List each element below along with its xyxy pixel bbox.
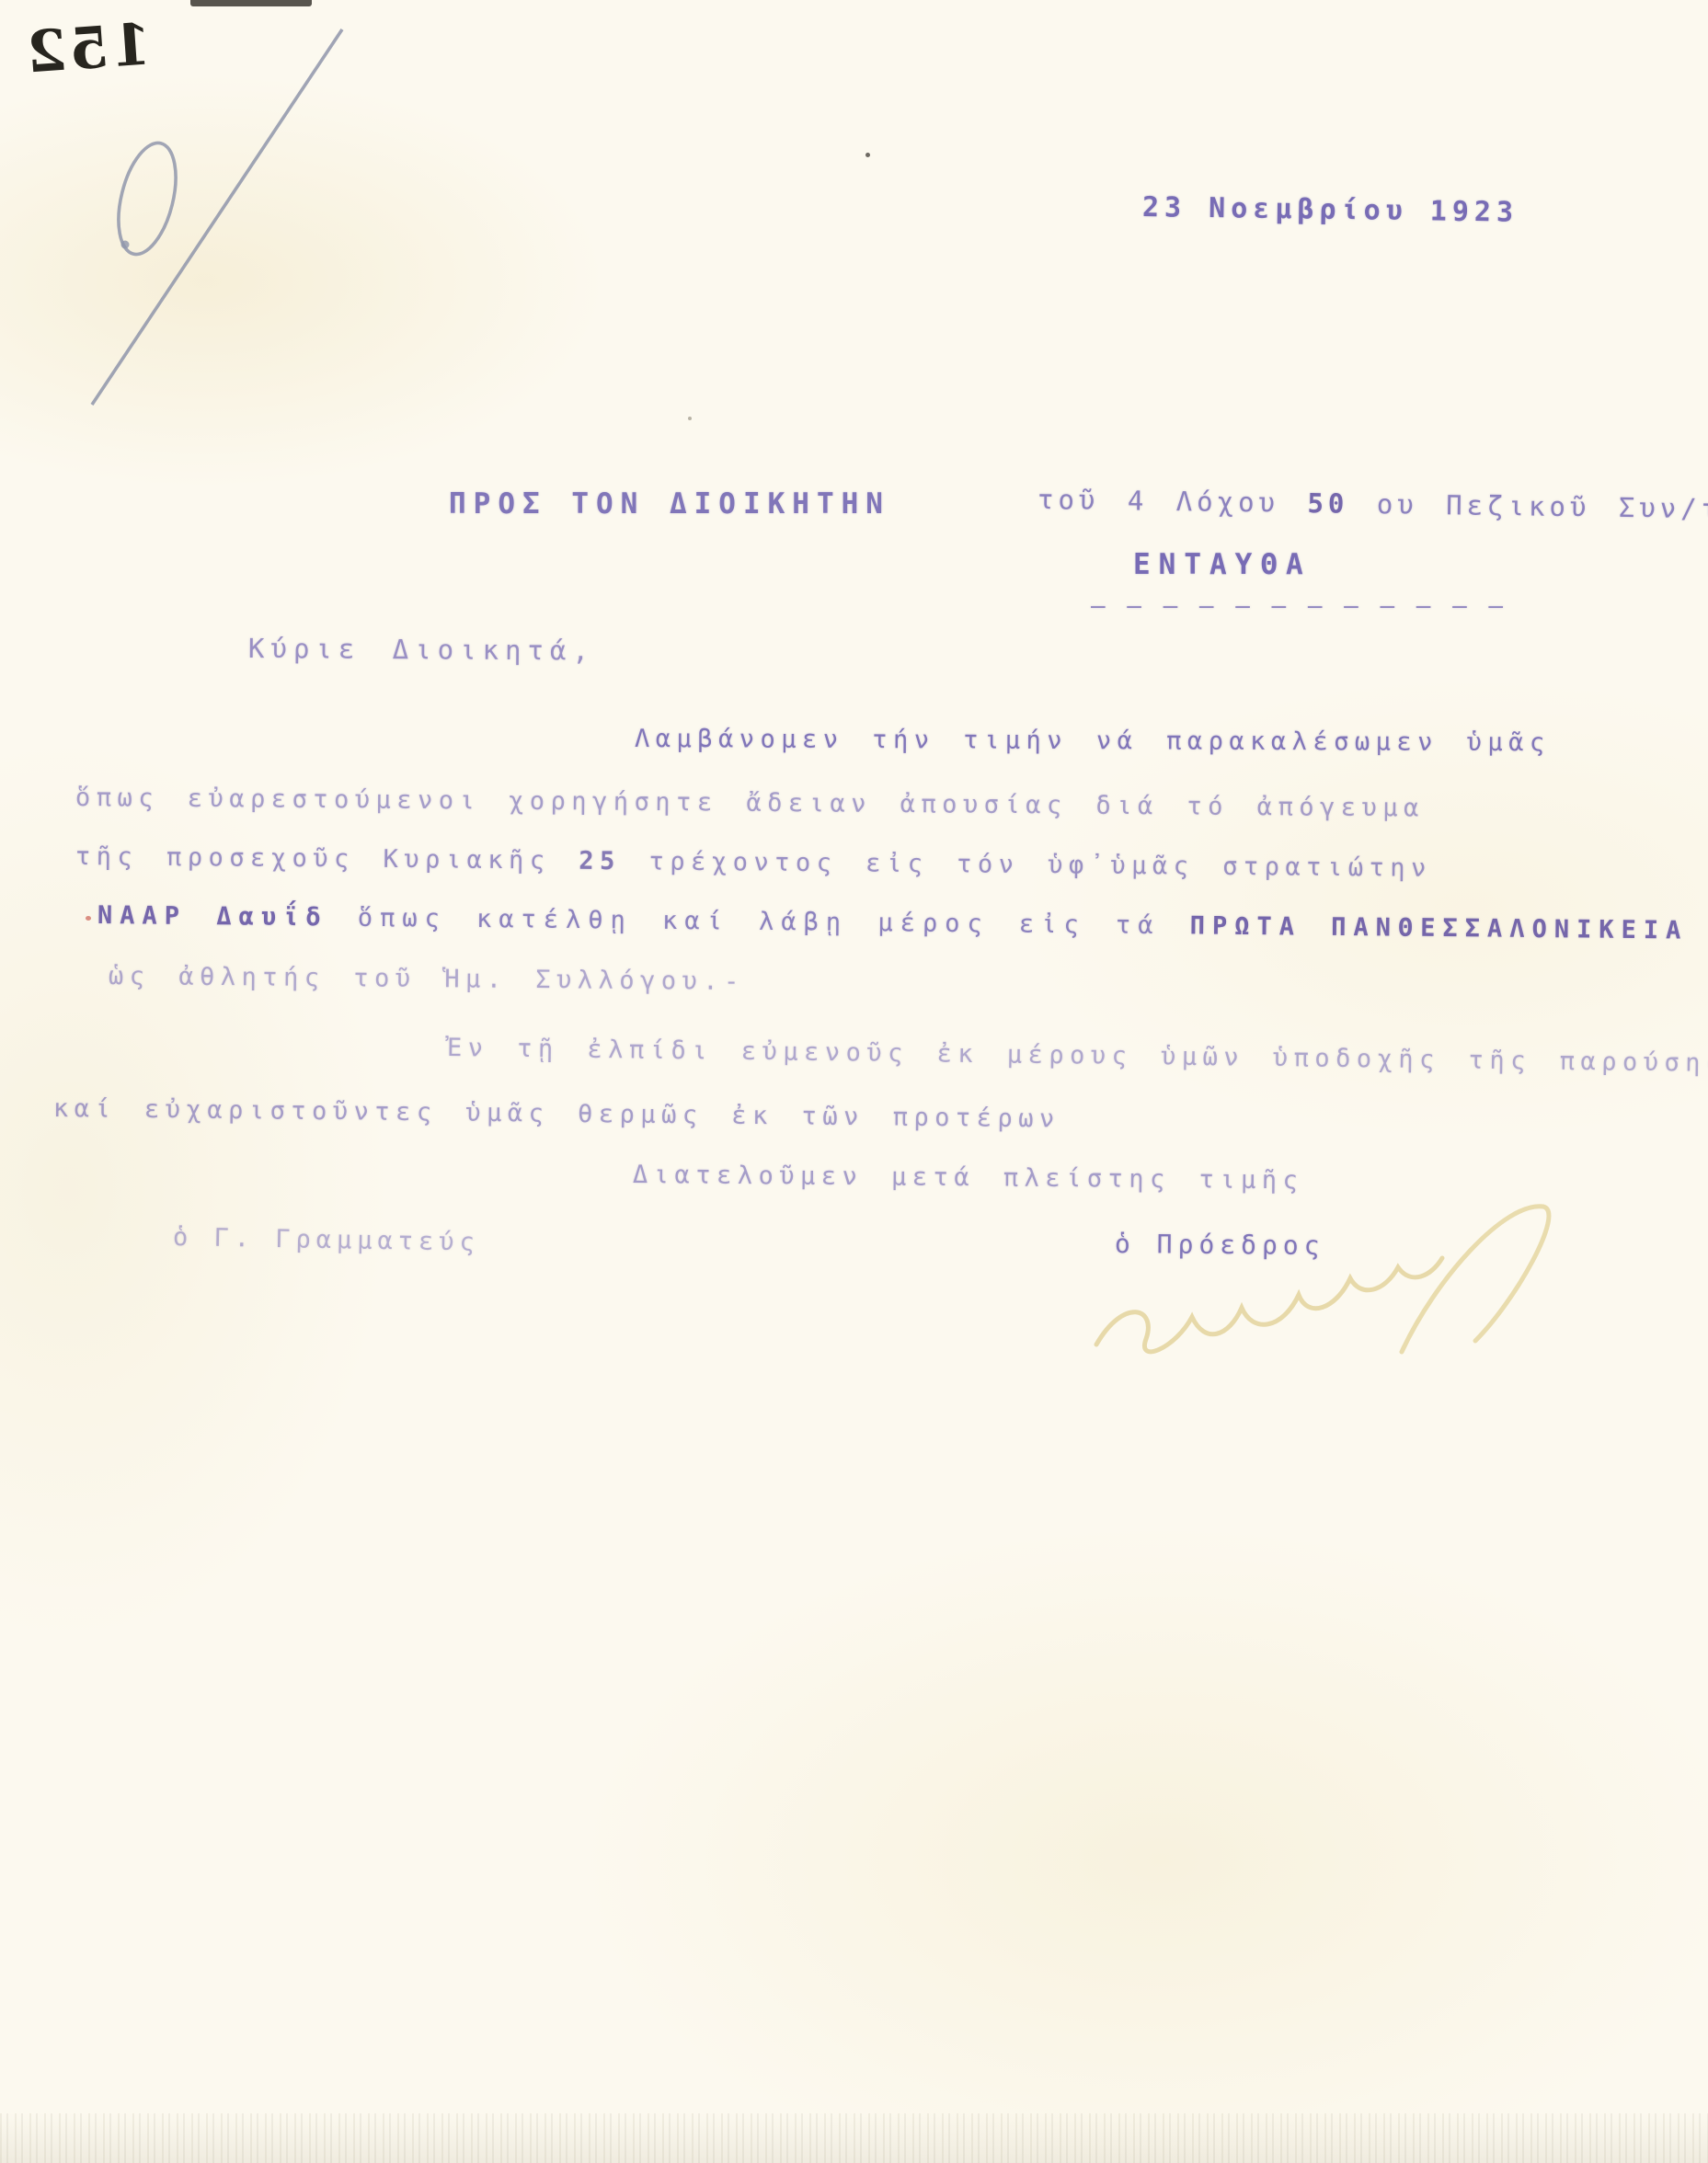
ink-speck (688, 417, 692, 420)
body-line: τῆς προσεχοῦς Κυριακῆς 25 τρέχοντος εἰς … (75, 842, 1432, 883)
location-underline: – – – – – – – – – – – – (1091, 592, 1507, 620)
location-line: ΕΝΤΑΥΘΑ (1133, 548, 1312, 581)
pencil-annotation (0, 0, 1708, 2163)
ink-speck (865, 153, 870, 157)
salutation: Κύριε Διοικητά, (248, 633, 595, 667)
scanned-letter-page: 152 23 Νοεμβρίου 1923 ΠΡΟΣ ΤΟΝ ΔΙΟΙΚΗΤΗΝ… (0, 0, 1708, 2163)
recipient-unit: τοῦ 4 Λόχου 50 ου Πεζικοῦ Συν/τος (1037, 484, 1708, 525)
page-number-stamp-mirrored: 152 (22, 10, 154, 86)
ink-speck (86, 916, 91, 921)
body-line: καί εὐχαριστοῦντες ὑμᾶς θερμῶς ἐκ τῶν πρ… (53, 1094, 1060, 1133)
secretary-signature-title: ὁ Γ. Γραμματεύς (173, 1223, 480, 1257)
body-line: Ἐν τῇ ἐλπίδι εὐμενοῦς ἐκ μέρους ὑμῶν ὑπο… (447, 1034, 1708, 1078)
paper-edge-texture (0, 2113, 1708, 2163)
president-signature-scribble (0, 0, 1708, 2163)
closing-line: Διατελοῦμεν μετά πλείστης τιμῆς (633, 1161, 1304, 1195)
body-line: ὡς ἀθλητής τοῦ Ἡμ. Συλλόγου.- (109, 962, 745, 996)
body-line: ὅπως εὐαρεστούμενοι χορηγήσητε ἄδειαν ἀπ… (75, 784, 1425, 823)
president-signature-title: ὁ Πρόεδρος (1115, 1229, 1325, 1261)
paper-edge-mark (190, 0, 312, 6)
body-line: Λαμβάνομεν τήν τιμήν νά παρακαλέσωμεν ὑμ… (635, 725, 1551, 757)
body-line: ΝΑΑΡ Δαυΐδ ὅπως κατέλθῃ καί λάβῃ μέρος ε… (97, 901, 1689, 945)
letter-date: 23 Νοεμβρίου 1923 (1142, 191, 1519, 229)
recipient-heading: ΠΡΟΣ ΤΟΝ ΔΙΟΙΚΗΤΗΝ (449, 487, 890, 521)
